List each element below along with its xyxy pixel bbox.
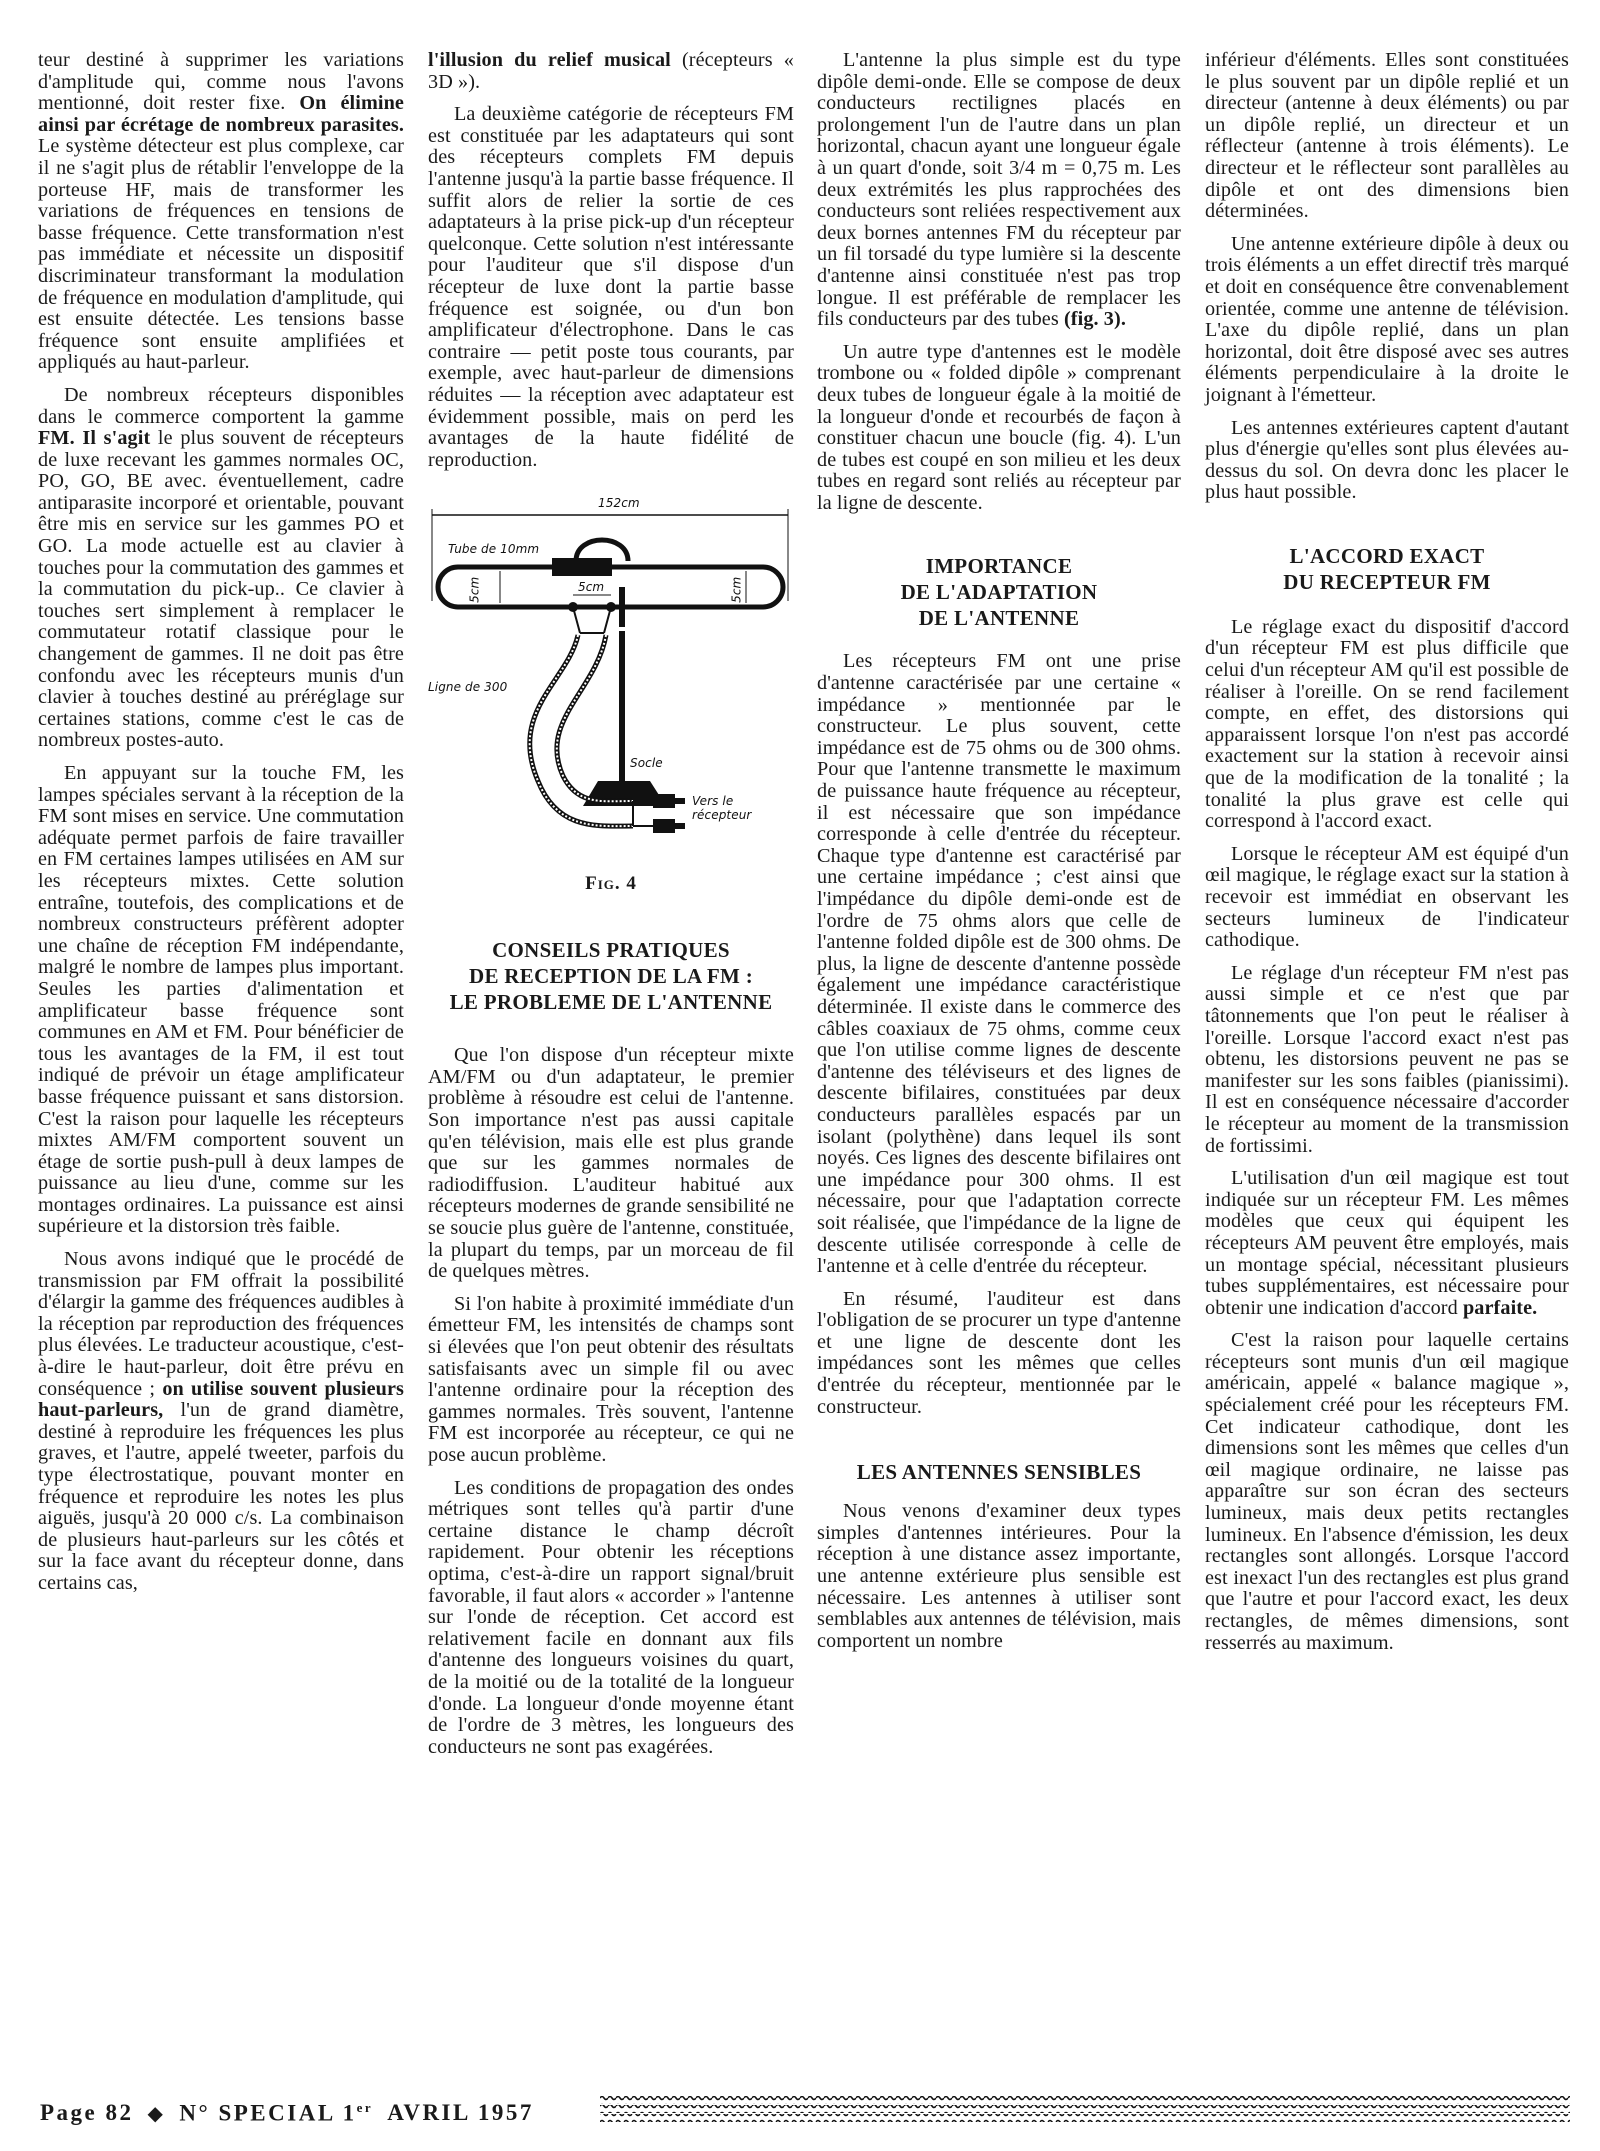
heading-line: L'ACCORD EXACT xyxy=(1205,543,1569,569)
heading-line: DU RECEPTEUR FM xyxy=(1205,569,1569,595)
section-heading: IMPORTANCE DE L'ADAPTATION DE L'ANTENNE xyxy=(817,553,1181,631)
paragraph: En résumé, l'auditeur est dans l'obligat… xyxy=(817,1289,1181,1419)
column-4: inférieur d'éléments. Elles sont constit… xyxy=(1205,50,1569,1665)
section-heading: LES ANTENNES SENSIBLES xyxy=(817,1459,1181,1485)
section-heading: L'ACCORD EXACT DU RECEPTEUR FM xyxy=(1205,543,1569,595)
paragraph: Que l'on dispose d'un récepteur mixte AM… xyxy=(428,1045,794,1283)
diamond-icon: ◆ xyxy=(148,2101,166,2126)
issue-superscript: er xyxy=(357,2100,374,2115)
issue-date: AVRIL 1957 xyxy=(387,2100,534,2126)
paragraph: Si l'on habite à proximité immédiate d'u… xyxy=(428,1294,794,1467)
paragraph: Les conditions de propagation des ondes … xyxy=(428,1478,794,1759)
paragraph: C'est la raison pour laquelle certains r… xyxy=(1205,1330,1569,1654)
base-label: Socle xyxy=(630,753,663,775)
wavy-rule-icon xyxy=(600,2094,1570,2124)
paragraph: l'illusion du relief musical (récepteurs… xyxy=(428,50,794,93)
text: Le système détecteur est plus complexe, … xyxy=(38,135,404,373)
paragraph: En appuyant sur la touche FM, les lampes… xyxy=(38,763,404,1238)
paragraph: Nous venons d'examiner deux types simple… xyxy=(817,1501,1181,1652)
emphasis-text: FM. Il s'agit xyxy=(38,427,150,449)
text: L'antenne la plus simple est du type dip… xyxy=(817,49,1181,330)
gap-label: 5cm xyxy=(726,577,748,603)
paragraph: De nombreux récepteurs disponibles dans … xyxy=(38,385,404,752)
text: De nombreux récepteurs disponibles dans … xyxy=(38,384,404,428)
heading-line: LE PROBLEME DE L'ANTENNE xyxy=(428,989,794,1015)
emphasis-text: (fig. 3). xyxy=(1064,308,1126,330)
paragraph: Le réglage exact du dispositif d'accord … xyxy=(1205,617,1569,833)
page-number: Page 82 xyxy=(40,2100,134,2126)
page-footer: Page 82 ◆ N° SPECIAL 1er AVRIL 1957 xyxy=(40,2098,534,2128)
figure-4-folded-dipole-diagram: 152cm Tube de 10mm 5cm 5cm 5cm Ligne de … xyxy=(428,491,794,901)
heading-line: CONSEILS PRATIQUES xyxy=(428,937,794,963)
column-3: L'antenne la plus simple est du type dip… xyxy=(817,50,1181,1663)
gap-label: 5cm xyxy=(464,577,486,603)
tube-label: Tube de 10mm xyxy=(448,539,539,561)
heading-line: DE L'ANTENNE xyxy=(817,605,1181,631)
paragraph: teur destiné à supprimer les variations … xyxy=(38,50,404,374)
text: le plus souvent de récepteurs de luxe re… xyxy=(38,427,404,751)
heading-line: DE L'ADAPTATION xyxy=(817,579,1181,605)
issue-label: N° SPECIAL 1er xyxy=(179,2100,373,2127)
paragraph: Lorsque le récepteur AM est équipé d'un … xyxy=(1205,844,1569,952)
line-label: Ligne de 300 xyxy=(428,677,507,699)
column-1: teur destiné à supprimer les variations … xyxy=(38,50,404,1606)
receiver-label: récepteur xyxy=(692,805,751,827)
gap-label: 5cm xyxy=(578,577,604,599)
paragraph: L'utilisation d'un œil magique est tout … xyxy=(1205,1168,1569,1319)
paragraph: Les antennes extérieures captent d'autan… xyxy=(1205,418,1569,504)
paragraph: La deuxième catégorie de récepteurs FM e… xyxy=(428,104,794,471)
paragraph: Le réglage d'un récepteur FM n'est pas a… xyxy=(1205,963,1569,1157)
paragraph: Nous avons indiqué que le procédé de tra… xyxy=(38,1249,404,1595)
section-heading: CONSEILS PRATIQUES DE RECEPTION DE LA FM… xyxy=(428,937,794,1015)
column-2: l'illusion du relief musical (récepteurs… xyxy=(428,50,794,1769)
figure-caption: Fig. 4 xyxy=(428,873,794,895)
emphasis-text: l'illusion du relief musical xyxy=(428,49,671,71)
heading-line: IMPORTANCE xyxy=(817,553,1181,579)
text: l'un de grand diamètre, destiné à reprod… xyxy=(38,1399,404,1594)
emphasis-text: parfaite. xyxy=(1463,1297,1537,1319)
paragraph: inférieur d'éléments. Elles sont constit… xyxy=(1205,50,1569,223)
paragraph: Une antenne extérieure dipôle à deux ou … xyxy=(1205,234,1569,407)
paragraph: Un autre type d'antennes est le modèle t… xyxy=(817,342,1181,515)
heading-line: DE RECEPTION DE LA FM : xyxy=(428,963,794,989)
issue-text: N° SPECIAL 1 xyxy=(179,2100,356,2125)
paragraph: L'antenne la plus simple est du type dip… xyxy=(817,50,1181,331)
dimension-label: 152cm xyxy=(598,493,640,515)
paragraph: Les récepteurs FM ont une prise d'antenn… xyxy=(817,651,1181,1277)
